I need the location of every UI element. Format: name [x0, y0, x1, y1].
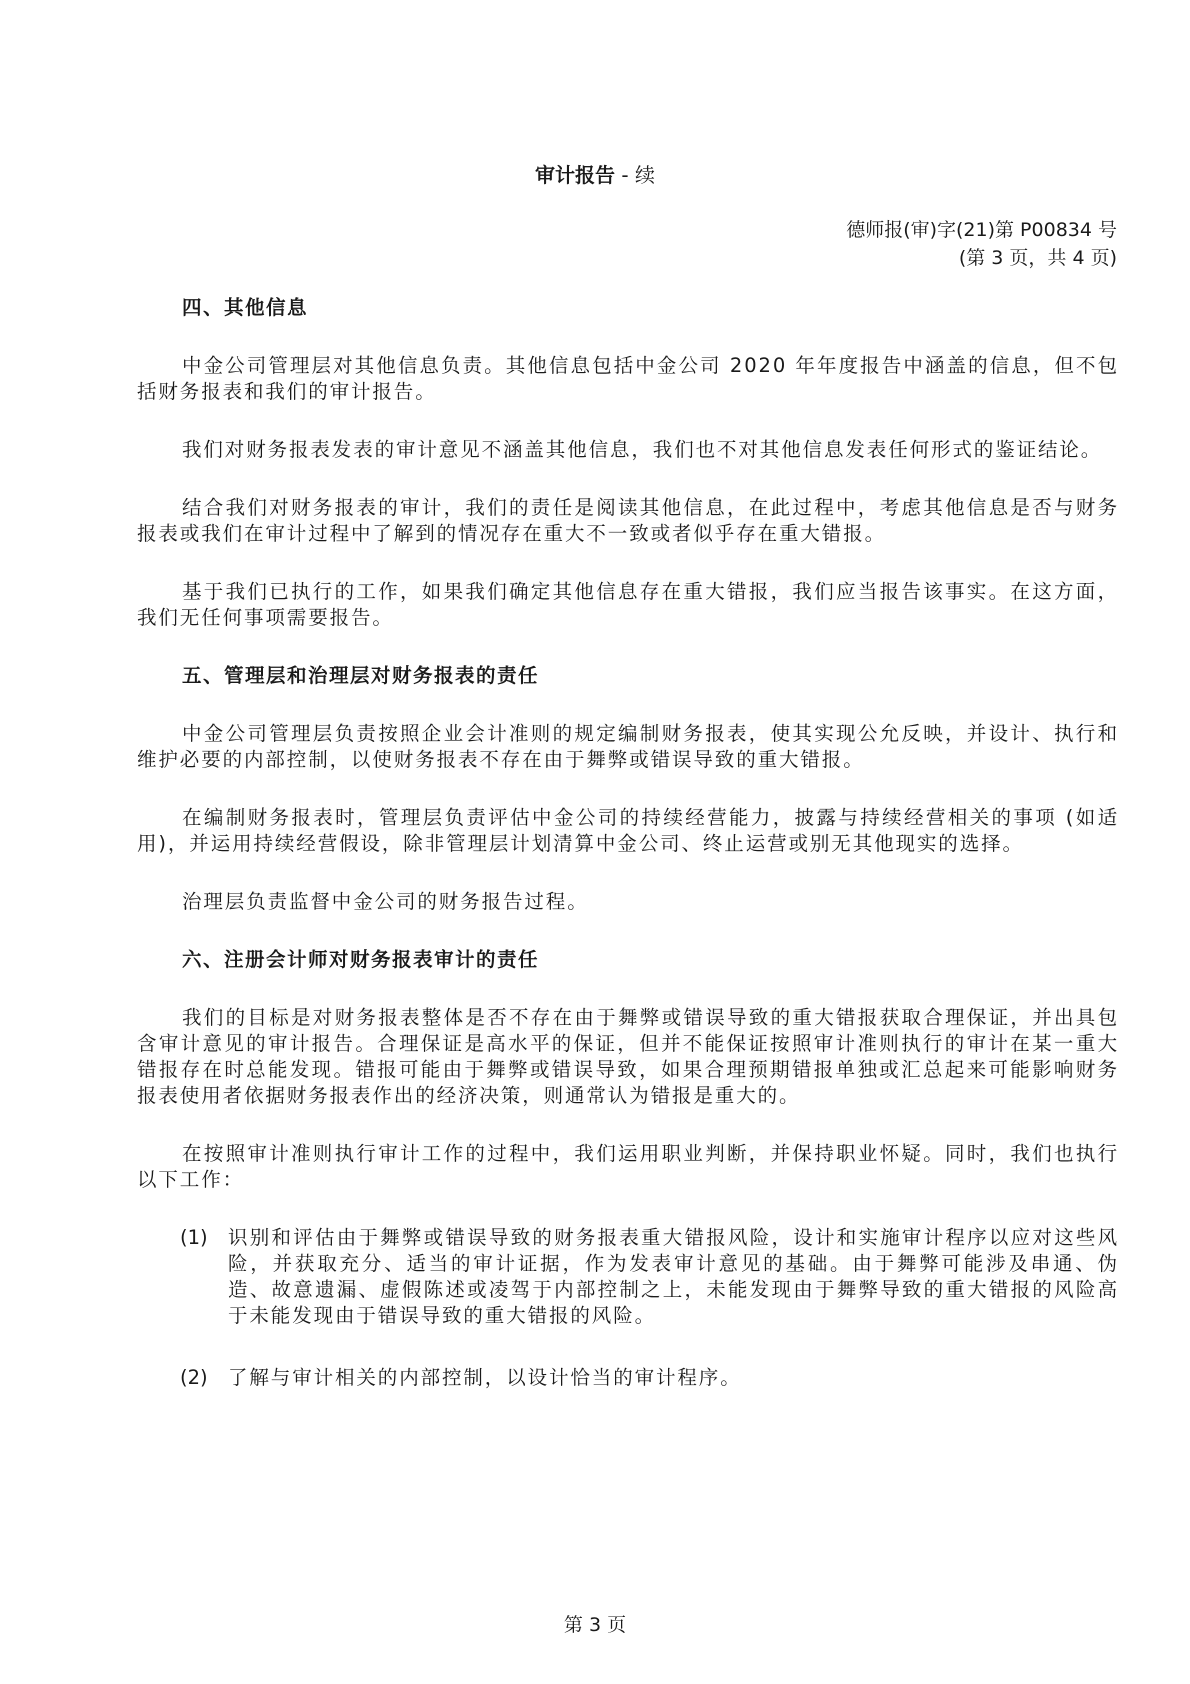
- list-item: (2) 了解与审计相关的内部控制，以设计恰当的审计程序。: [137, 1365, 1119, 1391]
- list-text: 识别和评估由于舞弊或错误导致的财务报表重大错报风险，设计和实施审计程序以应对这些…: [228, 1226, 1119, 1327]
- paragraph: 在编制财务报表时，管理层负责评估中金公司的持续经营能力，披露与持续经营相关的事项…: [137, 805, 1119, 857]
- list-item: (1) 识别和评估由于舞弊或错误导致的财务报表重大错报风险，设计和实施审计程序以…: [137, 1225, 1119, 1329]
- paragraph: 我们的目标是对财务报表整体是否不存在由于舞弊或错误导致的重大错报获取合理保证，并…: [137, 1005, 1119, 1109]
- section-heading-other-information: 四、其他信息: [137, 295, 1119, 321]
- paragraph: 结合我们对财务报表的审计，我们的责任是阅读其他信息，在此过程中，考虑其他信息是否…: [137, 495, 1119, 547]
- section-heading-management-responsibility: 五、管理层和治理层对财务报表的责任: [137, 663, 1119, 689]
- paragraph: 中金公司管理层对其他信息负责。其他信息包括中金公司 2020 年年度报告中涵盖的…: [137, 353, 1119, 405]
- paragraph: 中金公司管理层负责按照企业会计准则的规定编制财务报表，使其实现公允反映，并设计、…: [137, 721, 1119, 773]
- page-indicator: (第 3 页，共 4 页): [846, 244, 1117, 272]
- report-title: 审计报告 - 续: [0, 162, 1190, 188]
- reference-block: 德师报(审)字(21)第 P00834 号 (第 3 页，共 4 页): [846, 216, 1117, 272]
- document-page: 审计报告 - 续 德师报(审)字(21)第 P00834 号 (第 3 页，共 …: [0, 0, 1190, 1684]
- report-title-main: 审计报告: [535, 163, 615, 187]
- paragraph: 我们对财务报表发表的审计意见不涵盖其他信息，我们也不对其他信息发表任何形式的鉴证…: [137, 437, 1119, 463]
- list-number: (1): [180, 1225, 208, 1251]
- report-body: 四、其他信息 中金公司管理层对其他信息负责。其他信息包括中金公司 2020 年年…: [137, 295, 1119, 1427]
- page-footer-number: 第 3 页: [0, 1612, 1190, 1638]
- section-heading-auditor-responsibility: 六、注册会计师对财务报表审计的责任: [137, 947, 1119, 973]
- reference-number: 德师报(审)字(21)第 P00834 号: [846, 216, 1117, 244]
- list-number: (2): [180, 1365, 208, 1391]
- report-title-suffix: - 续: [615, 163, 655, 187]
- paragraph: 在按照审计准则执行审计工作的过程中，我们运用职业判断，并保持职业怀疑。同时，我们…: [137, 1141, 1119, 1193]
- paragraph: 基于我们已执行的工作，如果我们确定其他信息存在重大错报，我们应当报告该事实。在这…: [137, 579, 1119, 631]
- paragraph: 治理层负责监督中金公司的财务报告过程。: [137, 889, 1119, 915]
- list-text: 了解与审计相关的内部控制，以设计恰当的审计程序。: [228, 1366, 742, 1389]
